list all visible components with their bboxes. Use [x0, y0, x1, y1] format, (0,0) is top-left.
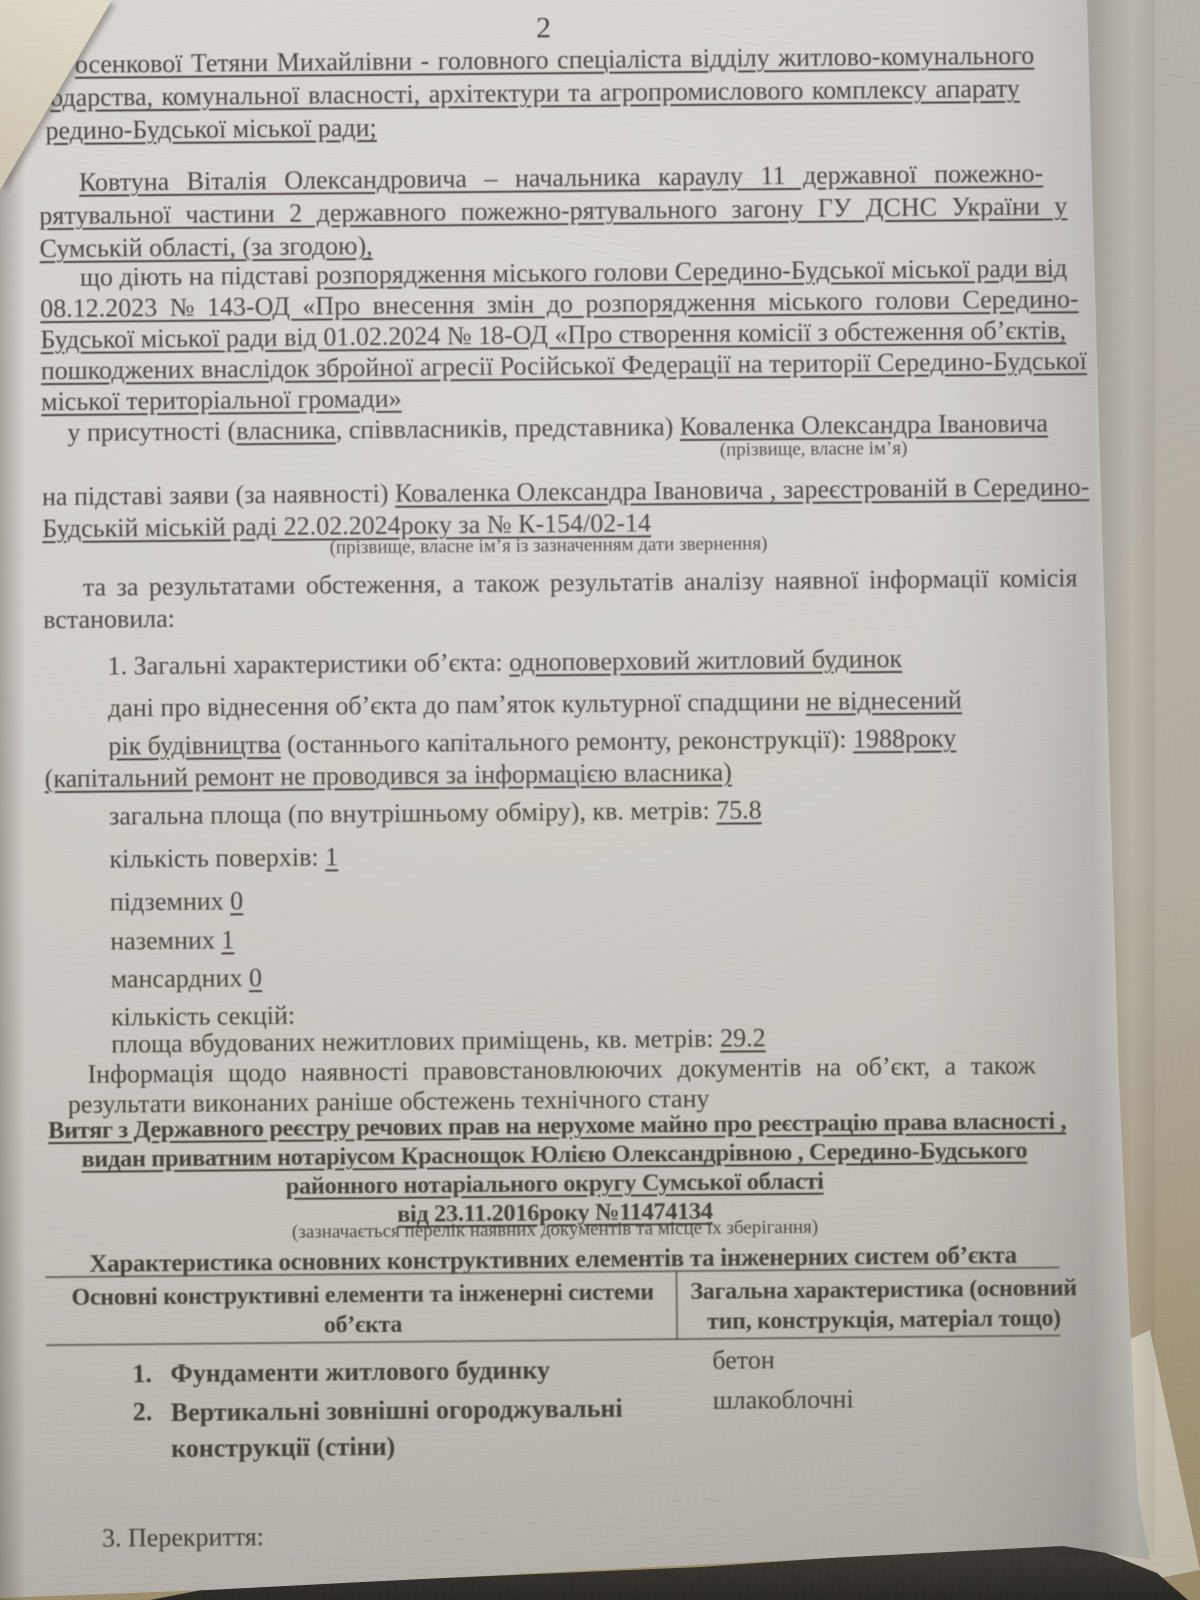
paragraph-basis-order: що діють на підставі розпорядження міськ…: [40, 252, 1053, 417]
paragraph-conclusion: та за результатами обстеження, а також р…: [43, 562, 1056, 636]
row-number: 1.: [132, 1357, 162, 1390]
paragraph-kovtun: Ковтуна Віталія Олександровича – начальн…: [39, 156, 1052, 265]
presence-note: (прізвище, власне ім’я): [673, 437, 953, 462]
table-row: 2. Вертикальні зовнішні огороджувальні к…: [0, 0, 1199, 1]
line-underground: підземних 0: [46, 876, 1058, 919]
photo-of-document: 2 осенкової Тетяни Михайлівни - головног…: [0, 0, 1200, 1600]
row-number: 2.: [133, 1395, 163, 1428]
characteristics-table: Основні конструктивні елементи та інжене…: [0, 0, 1199, 1]
table-row: 1. Фундаменти житлового будинку бетон: [0, 0, 1199, 1]
document-text-layer: 2 осенкової Тетяни Михайлівни - головног…: [0, 0, 1200, 1600]
table-col2-header: Загальна характеристика (основний тип, к…: [688, 1273, 1081, 1337]
line-total-area: загальна площа (по внутрішньому обміру),…: [45, 790, 1057, 833]
line-floors: кількість поверхів: 1: [45, 833, 1057, 876]
extract-block: Витяг з Державного реєстру речових прав …: [48, 1106, 1061, 1232]
cell-element: Фундаменти житлового будинку: [170, 1352, 660, 1390]
cell-value: шлакоблочні: [713, 1381, 1033, 1417]
folded-corner-shape: [0, 0, 130, 210]
paragraph-specialist: осенкової Тетяни Михайлівни - головного …: [38, 38, 1051, 147]
line-item3: 3. Перекриття:: [102, 1512, 1114, 1555]
cell-element: Вертикальні зовнішні огороджувальні конс…: [171, 1390, 652, 1467]
table-column-divider: [675, 1270, 678, 1340]
line-general-characteristics: 1. Загальні характеристики об’єкта: одно…: [43, 640, 1055, 683]
line-attic: мансардних 0: [46, 953, 1058, 996]
table-col1-header: Основні конструктивні елементи та інжене…: [70, 1277, 657, 1343]
cell-value: бетон: [712, 1341, 1032, 1377]
line-above-ground: наземних 1: [46, 915, 1058, 958]
line-heritage: дані про віднесення об’єкта до пам’яток …: [44, 682, 1056, 725]
folded-corner: [0, 0, 130, 210]
